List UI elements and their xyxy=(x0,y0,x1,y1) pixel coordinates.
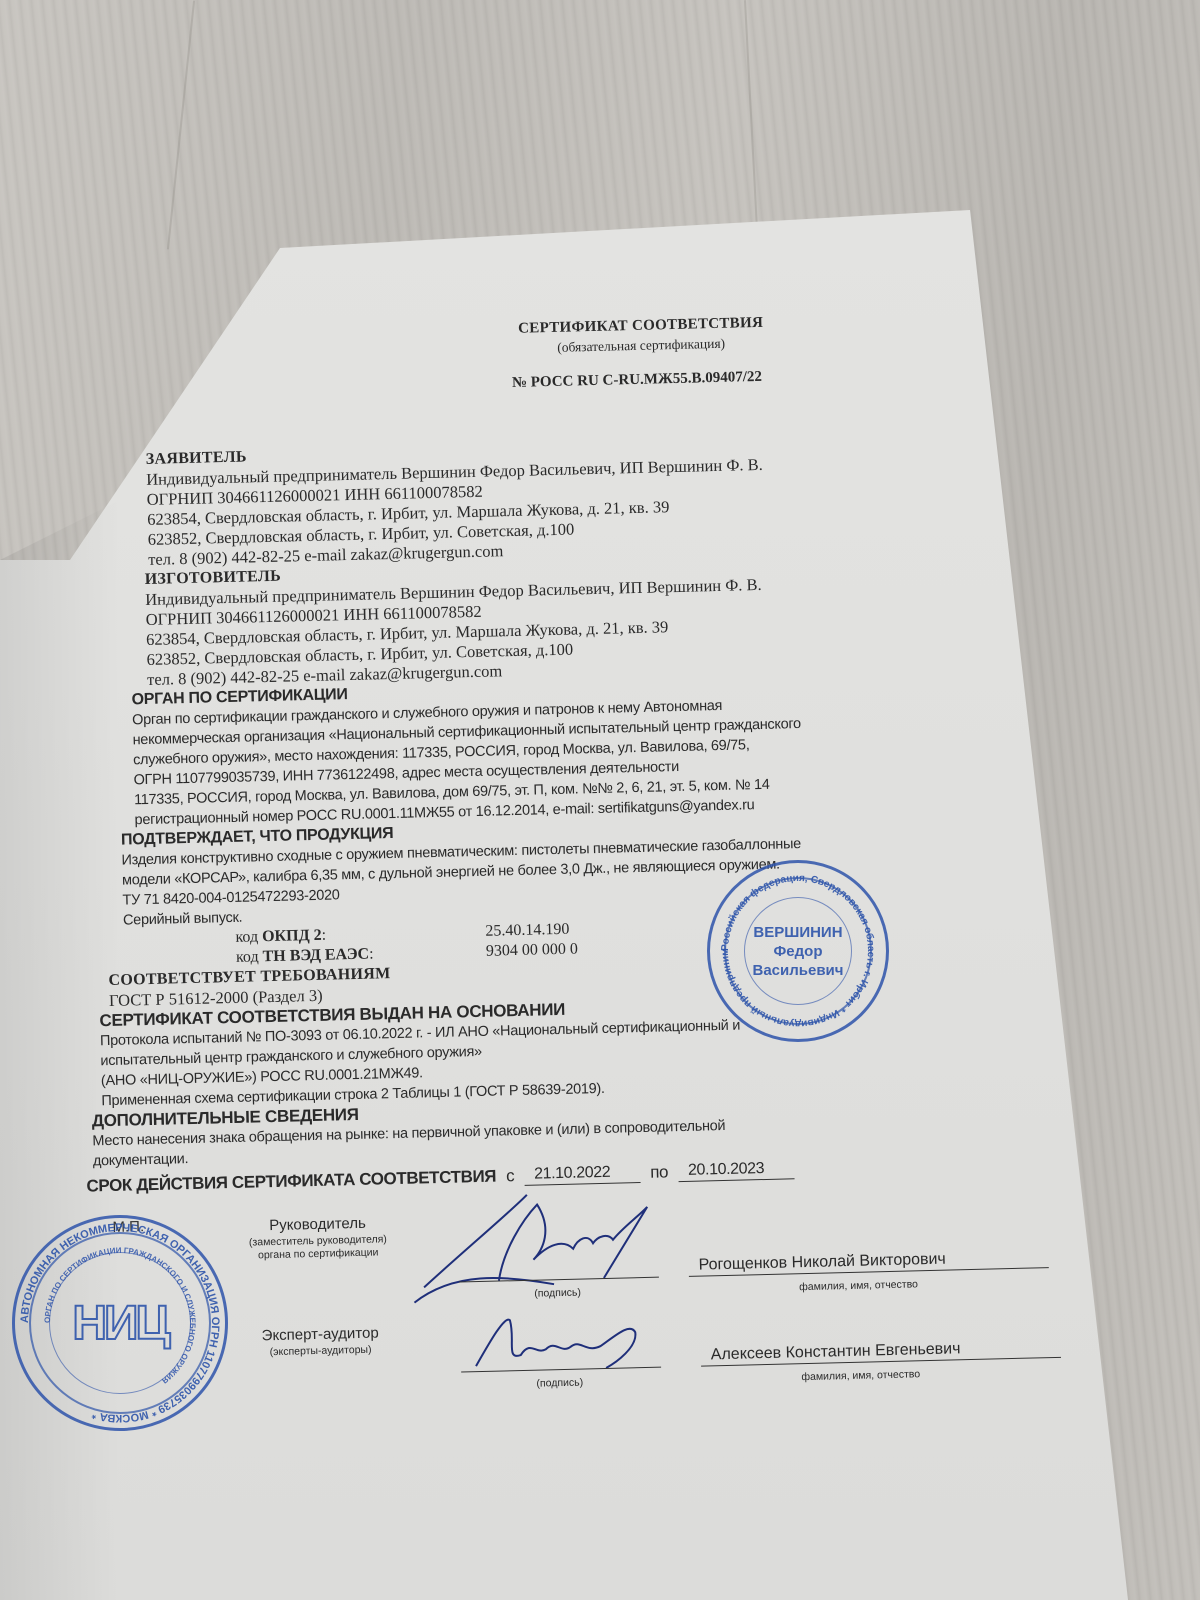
expert-name-caption: фамилия, имя, отчество xyxy=(801,1364,920,1387)
body-stamp-logo: НИЦ xyxy=(72,1296,167,1351)
applicant-stamp-line: ВЕРШИНИН xyxy=(753,923,844,942)
manufacturer-section: ИЗГОТОВИТЕЛЬ Индивидуальный предпринимат… xyxy=(144,548,1049,690)
head-role: Руководитель (заместитель руководителя) … xyxy=(232,1213,403,1263)
applicant-stamp-line: Васильевич xyxy=(753,961,844,980)
validity-to-date: 20.10.2023 xyxy=(678,1158,795,1182)
head-role-title: Руководитель xyxy=(269,1215,366,1234)
expert-signature-caption: (подпись) xyxy=(536,1373,583,1394)
certification-body-section: ОРГАН ПО СЕРТИФИКАЦИИ Орган по сертифика… xyxy=(131,668,1052,830)
head-signature xyxy=(402,1187,655,1313)
applicant-stamp-line: Федор xyxy=(753,942,844,961)
expert-role: Эксперт-аудитор (эксперты-аудиторы) xyxy=(235,1323,406,1360)
head-role-note: органа по сертификации xyxy=(233,1246,403,1263)
applicant-section: ЗАЯВИТЕЛЬ Индивидуальный предприниматель… xyxy=(146,428,1047,570)
expert-role-note: (эксперты-аудиторы) xyxy=(235,1343,405,1360)
validity-from-date: 21.10.2022 xyxy=(524,1162,641,1186)
applicant-stamp: Российская федерация, Свердловская облас… xyxy=(707,860,889,1042)
expert-role-title: Эксперт-аудитор xyxy=(261,1324,378,1344)
floor-plank-seam xyxy=(744,0,758,230)
floor-plank-seam xyxy=(167,1,195,250)
validity-from-word: с xyxy=(506,1166,515,1186)
head-signature-caption: (подпись) xyxy=(534,1283,581,1304)
validity-to-word: по xyxy=(650,1162,668,1182)
head-name-caption: фамилия, имя, отчество xyxy=(799,1274,918,1297)
certification-body-stamp: АВТОНОМНАЯ НЕКОММЕРЧЕСКАЯ ОРГАНИЗАЦИЯ ОГ… xyxy=(12,1215,228,1431)
